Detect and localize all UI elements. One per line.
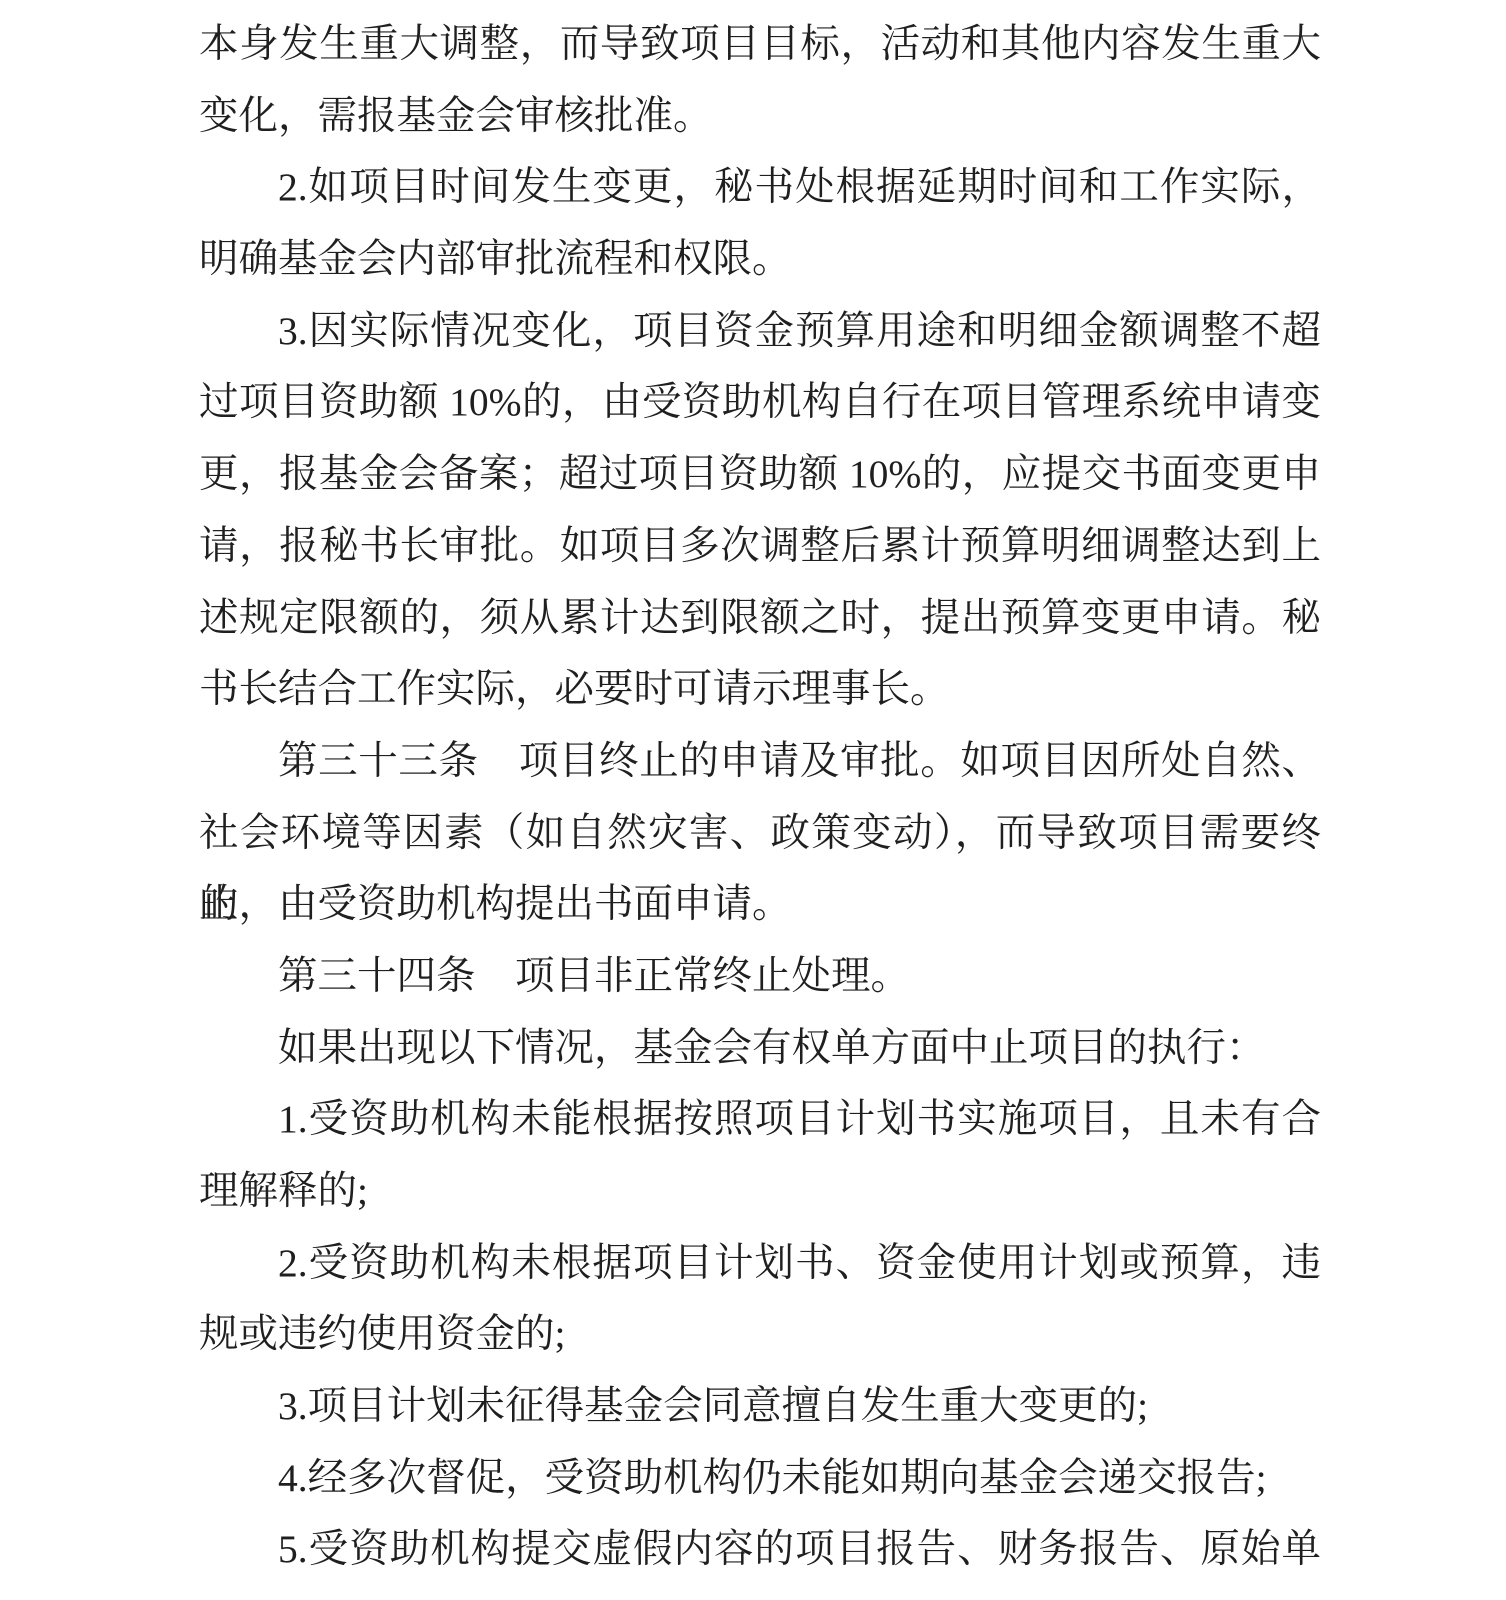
text-line-article-34: 第三十四条 项目非正常终止处理。 bbox=[199, 941, 1321, 1013]
text-line: 2.如项目时间发生变更，秘书处根据延期时间和工作实际， bbox=[199, 152, 1321, 224]
text-line: 3.项目计划未征得基金会同意擅自发生重大变更的; bbox=[199, 1371, 1321, 1443]
text-line: 1.受资助机构未能根据按照项目计划书实施项目，且未有合 bbox=[199, 1084, 1321, 1156]
text-line: 的，由受资助机构提出书面申请。 bbox=[199, 869, 1321, 941]
text-line: 述规定限额的，须从累计达到限额之时，提出预算变更申请。秘 bbox=[199, 583, 1321, 655]
text-line: 过项目资助额 10%的，由受资助机构自行在项目管理系统申请变 bbox=[199, 367, 1321, 439]
text-line: 3.因实际情况变化，项目资金预算用途和明细金额调整不超 bbox=[199, 296, 1321, 368]
text-line: 5.受资助机构提交虚假内容的项目报告、财务报告、原始单 bbox=[199, 1514, 1321, 1586]
text-line: 更，报基金会备案；超过项目资助额 10%的，应提交书面变更申 bbox=[199, 439, 1321, 511]
text-line: 明确基金会内部审批流程和权限。 bbox=[199, 224, 1321, 296]
text-line: 本身发生重大调整，而导致项目目标，活动和其他内容发生重大 bbox=[199, 9, 1321, 81]
text-line: 书长结合工作实际，必要时可请示理事长。 bbox=[199, 654, 1321, 726]
text-line: 理解释的; bbox=[199, 1156, 1321, 1228]
text-line: 变化，需报基金会审核批准。 bbox=[199, 81, 1321, 153]
document-page: 本身发生重大调整，而导致项目目标，活动和其他内容发生重大 变化，需报基金会审核批… bbox=[0, 0, 1506, 1600]
text-line: 4.经多次督促，受资助机构仍未能如期向基金会递交报告; bbox=[199, 1443, 1321, 1515]
text-line: 2.受资助机构未根据项目计划书、资金使用计划或预算，违 bbox=[199, 1228, 1321, 1300]
text-line: 社会环境等因素（如自然灾害、政策变动），而导致项目需要终止 bbox=[199, 798, 1321, 870]
text-line: 如果出现以下情况，基金会有权单方面中止项目的执行： bbox=[199, 1013, 1321, 1085]
text-line: 请，报秘书长审批。如项目多次调整后累计预算明细调整达到上 bbox=[199, 511, 1321, 583]
document-text-block: 本身发生重大调整，而导致项目目标，活动和其他内容发生重大 变化，需报基金会审核批… bbox=[199, 9, 1321, 1586]
text-line-article-33: 第三十三条 项目终止的申请及审批。如项目因所处自然、 bbox=[199, 726, 1321, 798]
text-line: 规或违约使用资金的; bbox=[199, 1299, 1321, 1371]
